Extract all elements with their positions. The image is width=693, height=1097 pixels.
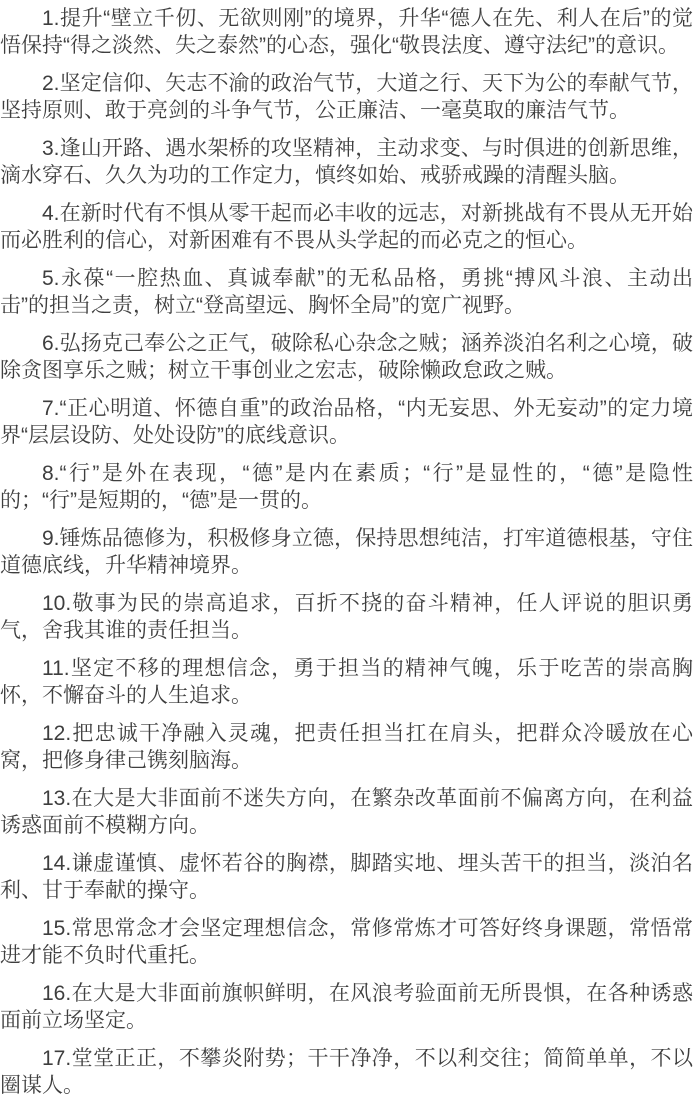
paragraph: 4.在新时代有不惧从零干起而必丰收的远志，对新挑战有不畏从无开始而必胜利的信心，… xyxy=(0,200,693,254)
paragraph: 11.坚定不移的理想信念，勇于担当的精神气魄，乐于吃苦的崇高胸怀，不懈奋斗的人生… xyxy=(0,655,693,709)
paragraph: 14.谦虚谨慎、虚怀若谷的胸襟，脚踏实地、埋头苦干的担当，淡泊名利、甘于奉献的操… xyxy=(0,850,693,904)
paragraph: 2.坚定信仰、矢志不渝的政治气节，大道之行、天下为公的奉献气节，坚持原则、敢于亮… xyxy=(0,70,693,124)
paragraph: 8.“行”是外在表现，“德”是内在素质；“行”是显性的，“德”是隐性的；“行”是… xyxy=(0,460,693,514)
paragraph: 17.堂堂正正，不攀炎附势；干干净净，不以利交往；简简单单，不以圈谋人。 xyxy=(0,1045,693,1097)
paragraph: 16.在大是大非面前旗帜鲜明，在风浪考验面前无所畏惧，在各种诱惑面前立场坚定。 xyxy=(0,980,693,1034)
paragraph: 15.常思常念才会坚定理想信念，常修常炼才可答好终身课题，常悟常进才能不负时代重… xyxy=(0,915,693,969)
paragraph: 12.把忠诚干净融入灵魂，把责任担当扛在肩头，把群众冷暖放在心窝，把修身律己镌刻… xyxy=(0,720,693,774)
paragraph: 3.逢山开路、遇水架桥的攻坚精神，主动求变、与时俱进的创新思维，滴水穿石、久久为… xyxy=(0,135,693,189)
paragraph: 1.提升“壁立千仞、无欲则刚”的境界，升华“德人在先、利人在后”的觉悟保持“得之… xyxy=(0,5,693,59)
paragraph: 13.在大是大非面前不迷失方向，在繁杂改革面前不偏离方向，在利益诱惑面前不模糊方… xyxy=(0,785,693,839)
paragraph: 5.永葆“一腔热血、真诚奉献”的无私品格，勇挑“搏风斗浪、主动出击”的担当之责，… xyxy=(0,265,693,319)
paragraph: 9.锤炼品德修为，积极修身立德，保持思想纯洁，打牢道德根基，守住道德底线，升华精… xyxy=(0,525,693,579)
document-body: 1.提升“壁立千仞、无欲则刚”的境界，升华“德人在先、利人在后”的觉悟保持“得之… xyxy=(0,5,693,1097)
paragraph: 7.“正心明道、怀德自重”的政治品格，“内无妄思、外无妄动”的定力境界“层层设防… xyxy=(0,395,693,449)
paragraph: 6.弘扬克己奉公之正气，破除私心杂念之贼；涵养淡泊名利之心境，破除贪图享乐之贼；… xyxy=(0,330,693,384)
paragraph: 10.敬事为民的崇高追求，百折不挠的奋斗精神，任人评说的胆识勇气，舍我其谁的责任… xyxy=(0,590,693,644)
